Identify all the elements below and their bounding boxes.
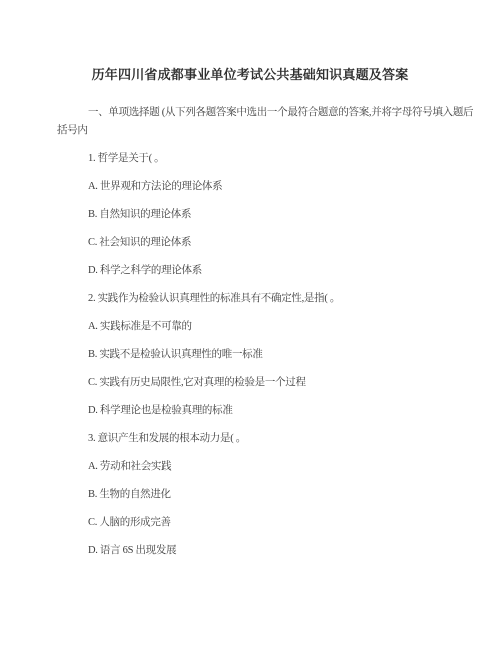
question-2-stem: 2. 实践作为检验认识真理性的标准具有不确定性,是指( 。 (57, 290, 443, 308)
question-1-option-c: C. 社会知识的理论体系 (57, 234, 443, 252)
question-3-stem: 3. 意识产生和发展的根本动力是( 。 (57, 430, 443, 448)
question-1-option-d: D. 科学之科学的理论体系 (57, 262, 443, 280)
question-3-option-b: B. 生物的自然进化 (57, 486, 443, 504)
question-2-option-c: C. 实践有历史局限性,它对真理的检验是一个过程 (57, 374, 443, 392)
question-3-option-a: A. 劳动和社会实践 (57, 458, 443, 476)
question-2-option-b: B. 实践不是检验认识真理性的唯一标准 (57, 346, 443, 364)
question-3-option-d: D. 语言 6S 出现发展 (57, 542, 443, 560)
question-1-option-b: B. 自然知识的理论体系 (57, 206, 443, 224)
section-instructions-line2: 括号内 (57, 122, 443, 140)
page-title: 历年四川省成都事业单位考试公共基础知识真题及答案 (57, 66, 443, 84)
question-2-option-a: A. 实践标准是不可靠的 (57, 318, 443, 336)
question-2-option-d: D. 科学理论也是检验真理的标准 (57, 402, 443, 420)
question-3-option-c: C. 人脑的形成完善 (57, 514, 443, 532)
document-page: 历年四川省成都事业单位考试公共基础知识真题及答案 一、单项选择题 (从下列各题答… (0, 0, 500, 647)
section-instructions-line1: 一、单项选择题 (从下列各题答案中选出一个最符合题意的答案,并将字母符号填入题后 (57, 104, 443, 122)
section-instructions: 一、单项选择题 (从下列各题答案中选出一个最符合题意的答案,并将字母符号填入题后… (57, 104, 443, 140)
question-1-stem: 1. 哲学是关于( 。 (57, 150, 443, 168)
question-1-option-a: A. 世界观和方法论的理论体系 (57, 178, 443, 196)
